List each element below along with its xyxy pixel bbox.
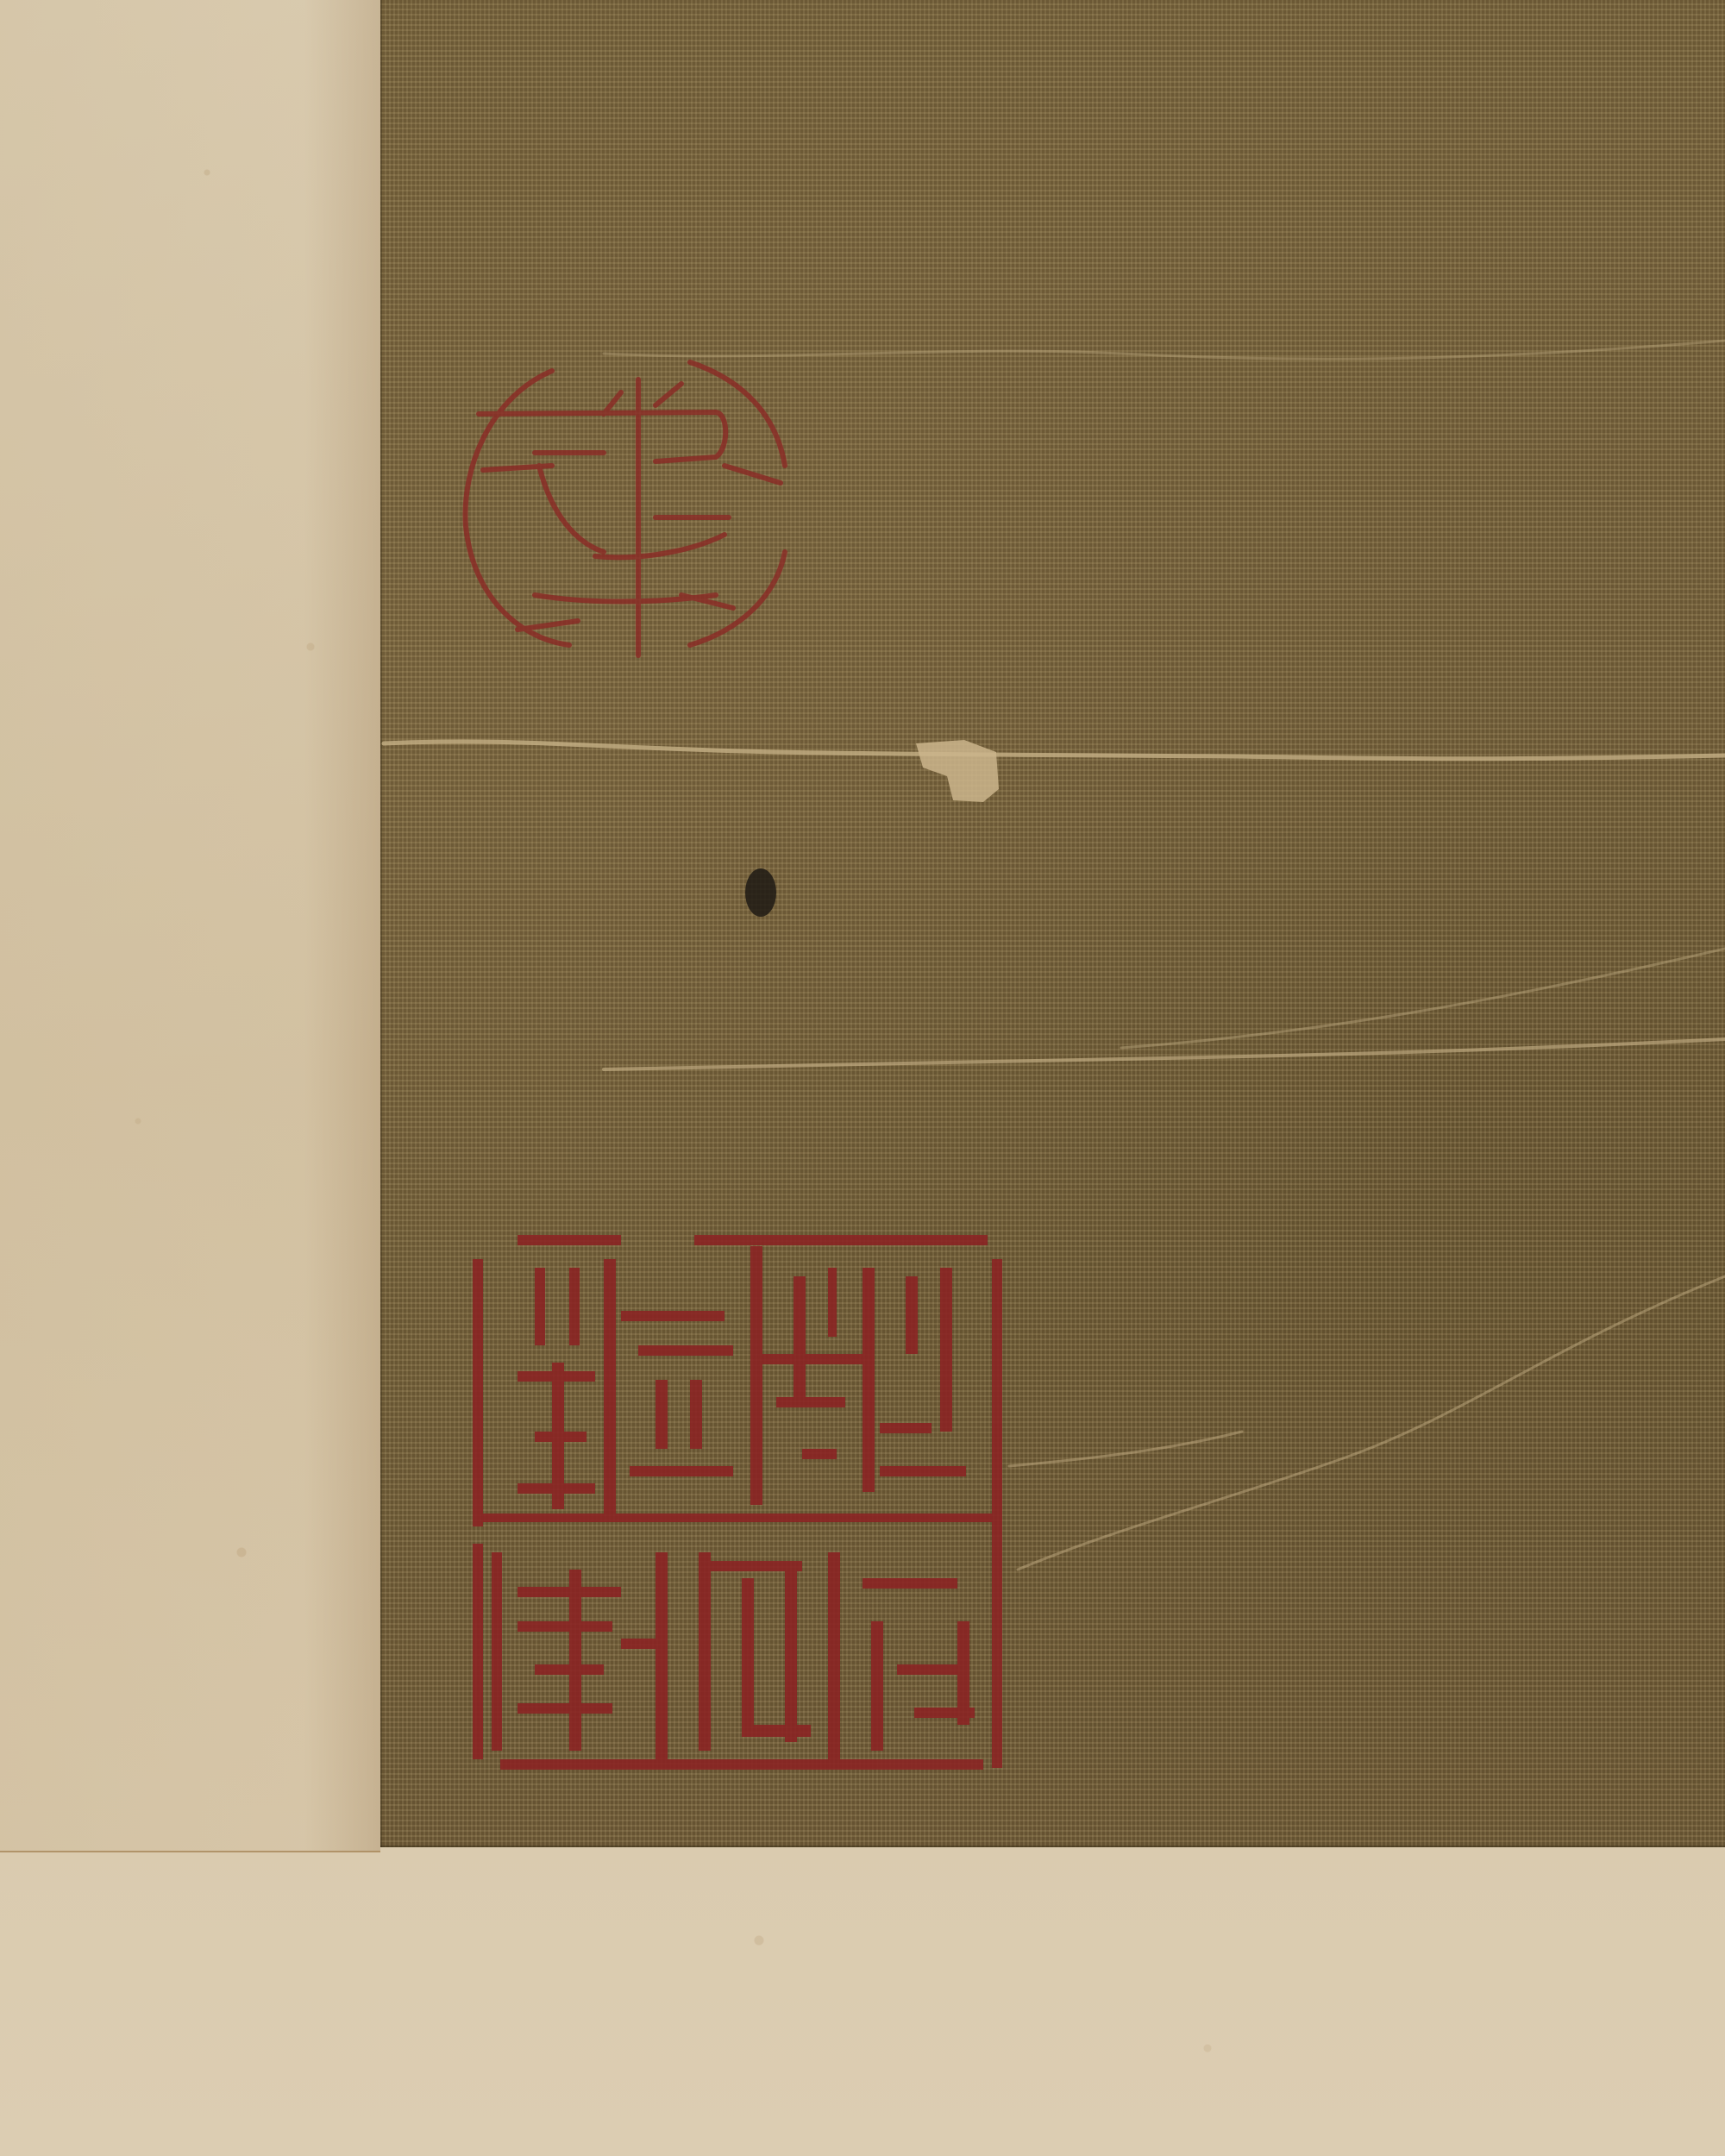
paper-mount-left-border xyxy=(0,0,380,1852)
mount-seam xyxy=(0,1851,380,1852)
silk-panel xyxy=(380,0,1725,1847)
